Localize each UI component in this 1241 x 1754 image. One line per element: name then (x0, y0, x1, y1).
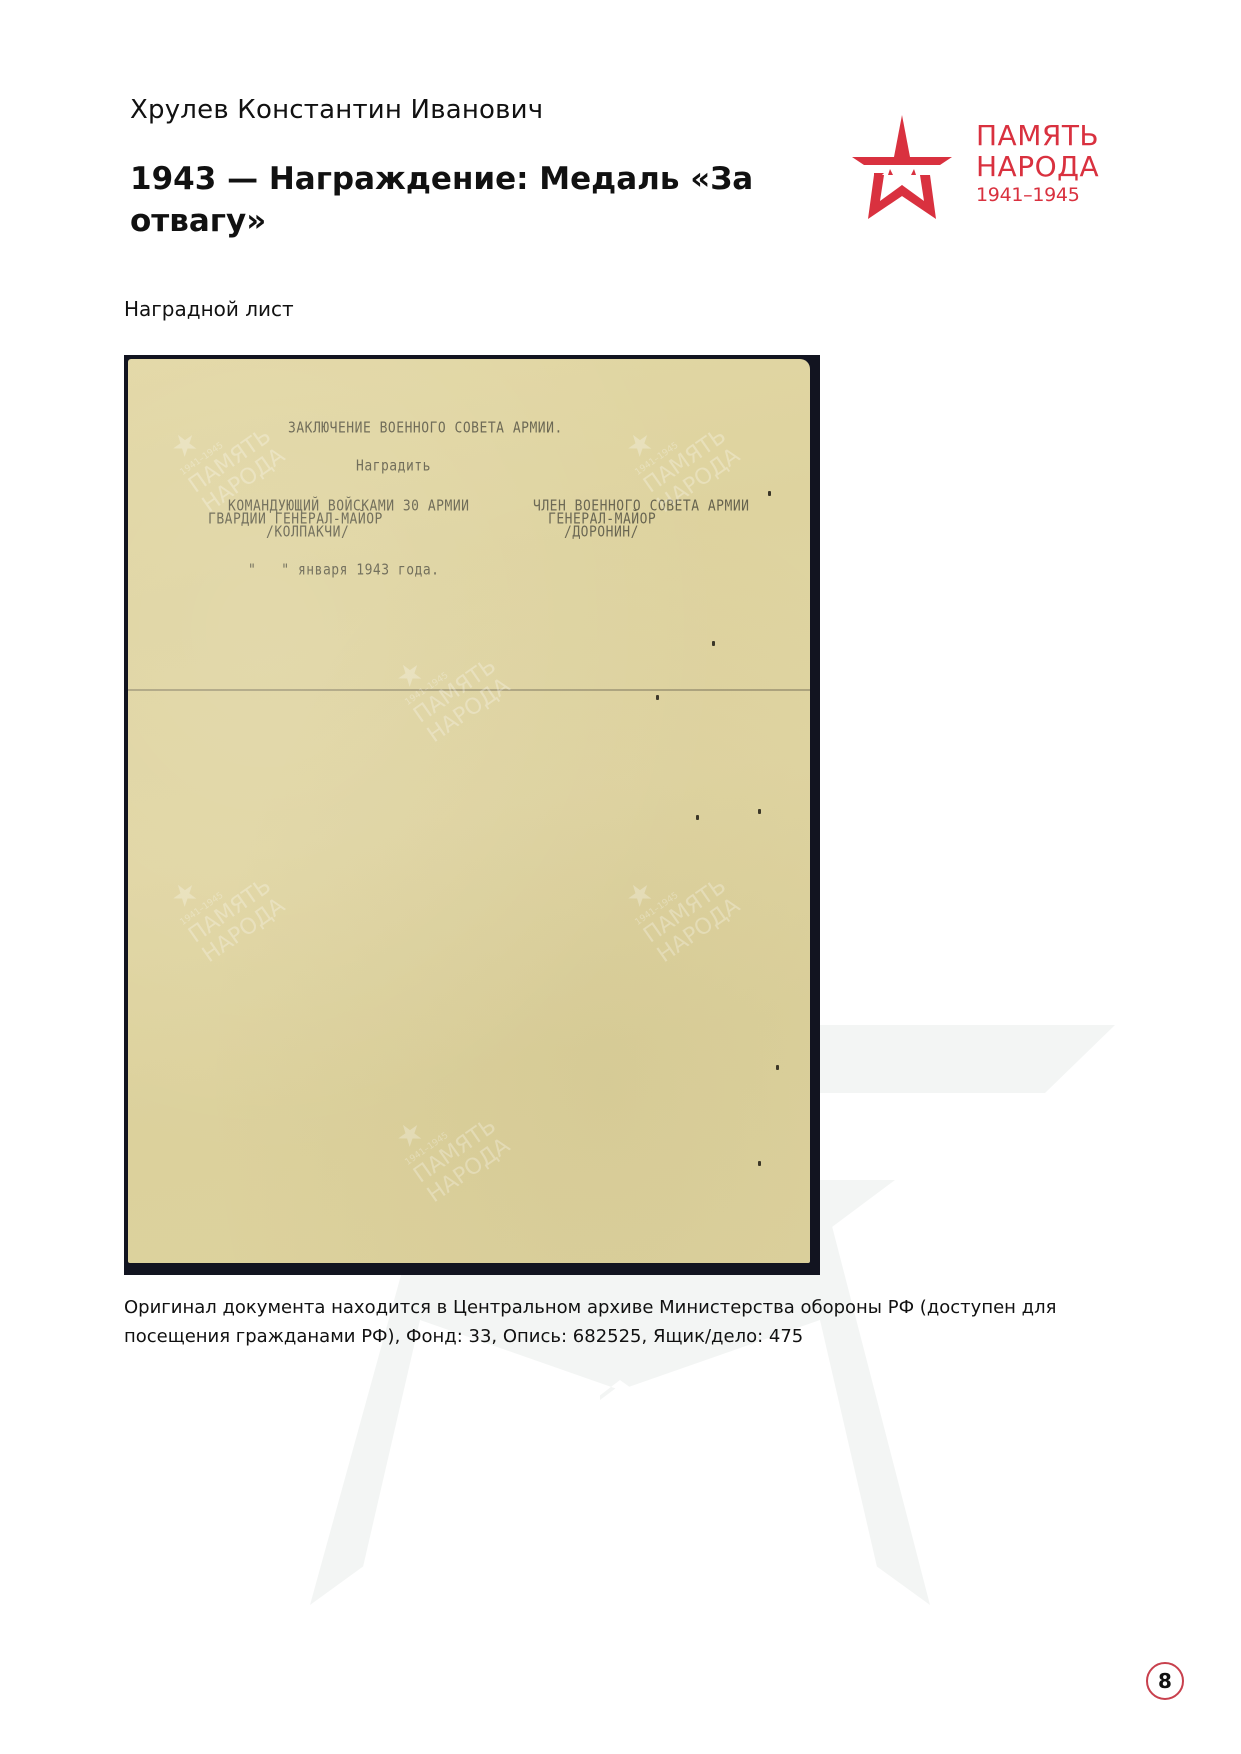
paper-fold-line (128, 689, 810, 691)
logo-line-1: ПАМЯТЬ (976, 120, 1099, 151)
document-scan: ЗАКЛЮЧЕНИЕ ВОЕННОГО СОВЕТА АРМИИ. Наград… (124, 355, 820, 1275)
person-name: Хрулев Константин Иванович (130, 95, 543, 125)
watermark: ★ 1941–1945 ПАМЯТЬ НАРОДА (161, 390, 290, 518)
doc-verdict: Наградить (356, 458, 431, 475)
watermark: ★ 1941–1945 ПАМЯТЬ НАРОДА (386, 620, 515, 748)
doc-heading: ЗАКЛЮЧЕНИЕ ВОЕННОГО СОВЕТА АРМИИ. (288, 420, 563, 437)
section-label: Наградной лист (124, 297, 294, 321)
pamyat-naroda-logo: ПАМЯТЬ НАРОДА 1941–1945 (850, 115, 1130, 225)
doc-left-sig-line3: /КОЛПАКЧИ/ (266, 524, 349, 541)
watermark: ★ 1941–1945 ПАМЯТЬ НАРОДА (616, 840, 745, 968)
page-title: 1943 — Награждение: Медаль «За отвагу» (130, 158, 790, 242)
doc-date: " " января 1943 года. (248, 562, 440, 579)
archive-note: Оригинал документа находится в Центральн… (124, 1293, 1124, 1351)
watermark: ★ 1941–1945 ПАМЯТЬ НАРОДА (616, 390, 745, 518)
red-star-icon (850, 115, 954, 219)
watermark: ★ 1941–1945 ПАМЯТЬ НАРОДА (161, 840, 290, 968)
watermark: ★ 1941–1945 ПАМЯТЬ НАРОДА (386, 1080, 515, 1208)
doc-left-sig-line2: ГВАРДИИ ГЕНЕРАЛ-МАЙОР (208, 511, 383, 528)
logo-line-2: НАРОДА (976, 151, 1099, 182)
doc-right-sig-line1: ЧЛЕН ВОЕННОГО СОВЕТА АРМИИ (533, 498, 750, 515)
doc-right-sig-line3: /ДОРОНИН/ (564, 524, 639, 541)
page-number-badge: 8 (1146, 1662, 1184, 1700)
logo-years: 1941–1945 (976, 182, 1099, 208)
document-paper: ЗАКЛЮЧЕНИЕ ВОЕННОГО СОВЕТА АРМИИ. Наград… (128, 359, 810, 1263)
logo-wordmark: ПАМЯТЬ НАРОДА 1941–1945 (976, 120, 1099, 208)
doc-right-sig-line2: ГЕНЕРАЛ-МАЙОР (548, 511, 656, 528)
doc-left-sig-line1: КОМАНДУЮЩИЙ ВОЙСКАМИ 30 АРМИИ (228, 498, 469, 515)
